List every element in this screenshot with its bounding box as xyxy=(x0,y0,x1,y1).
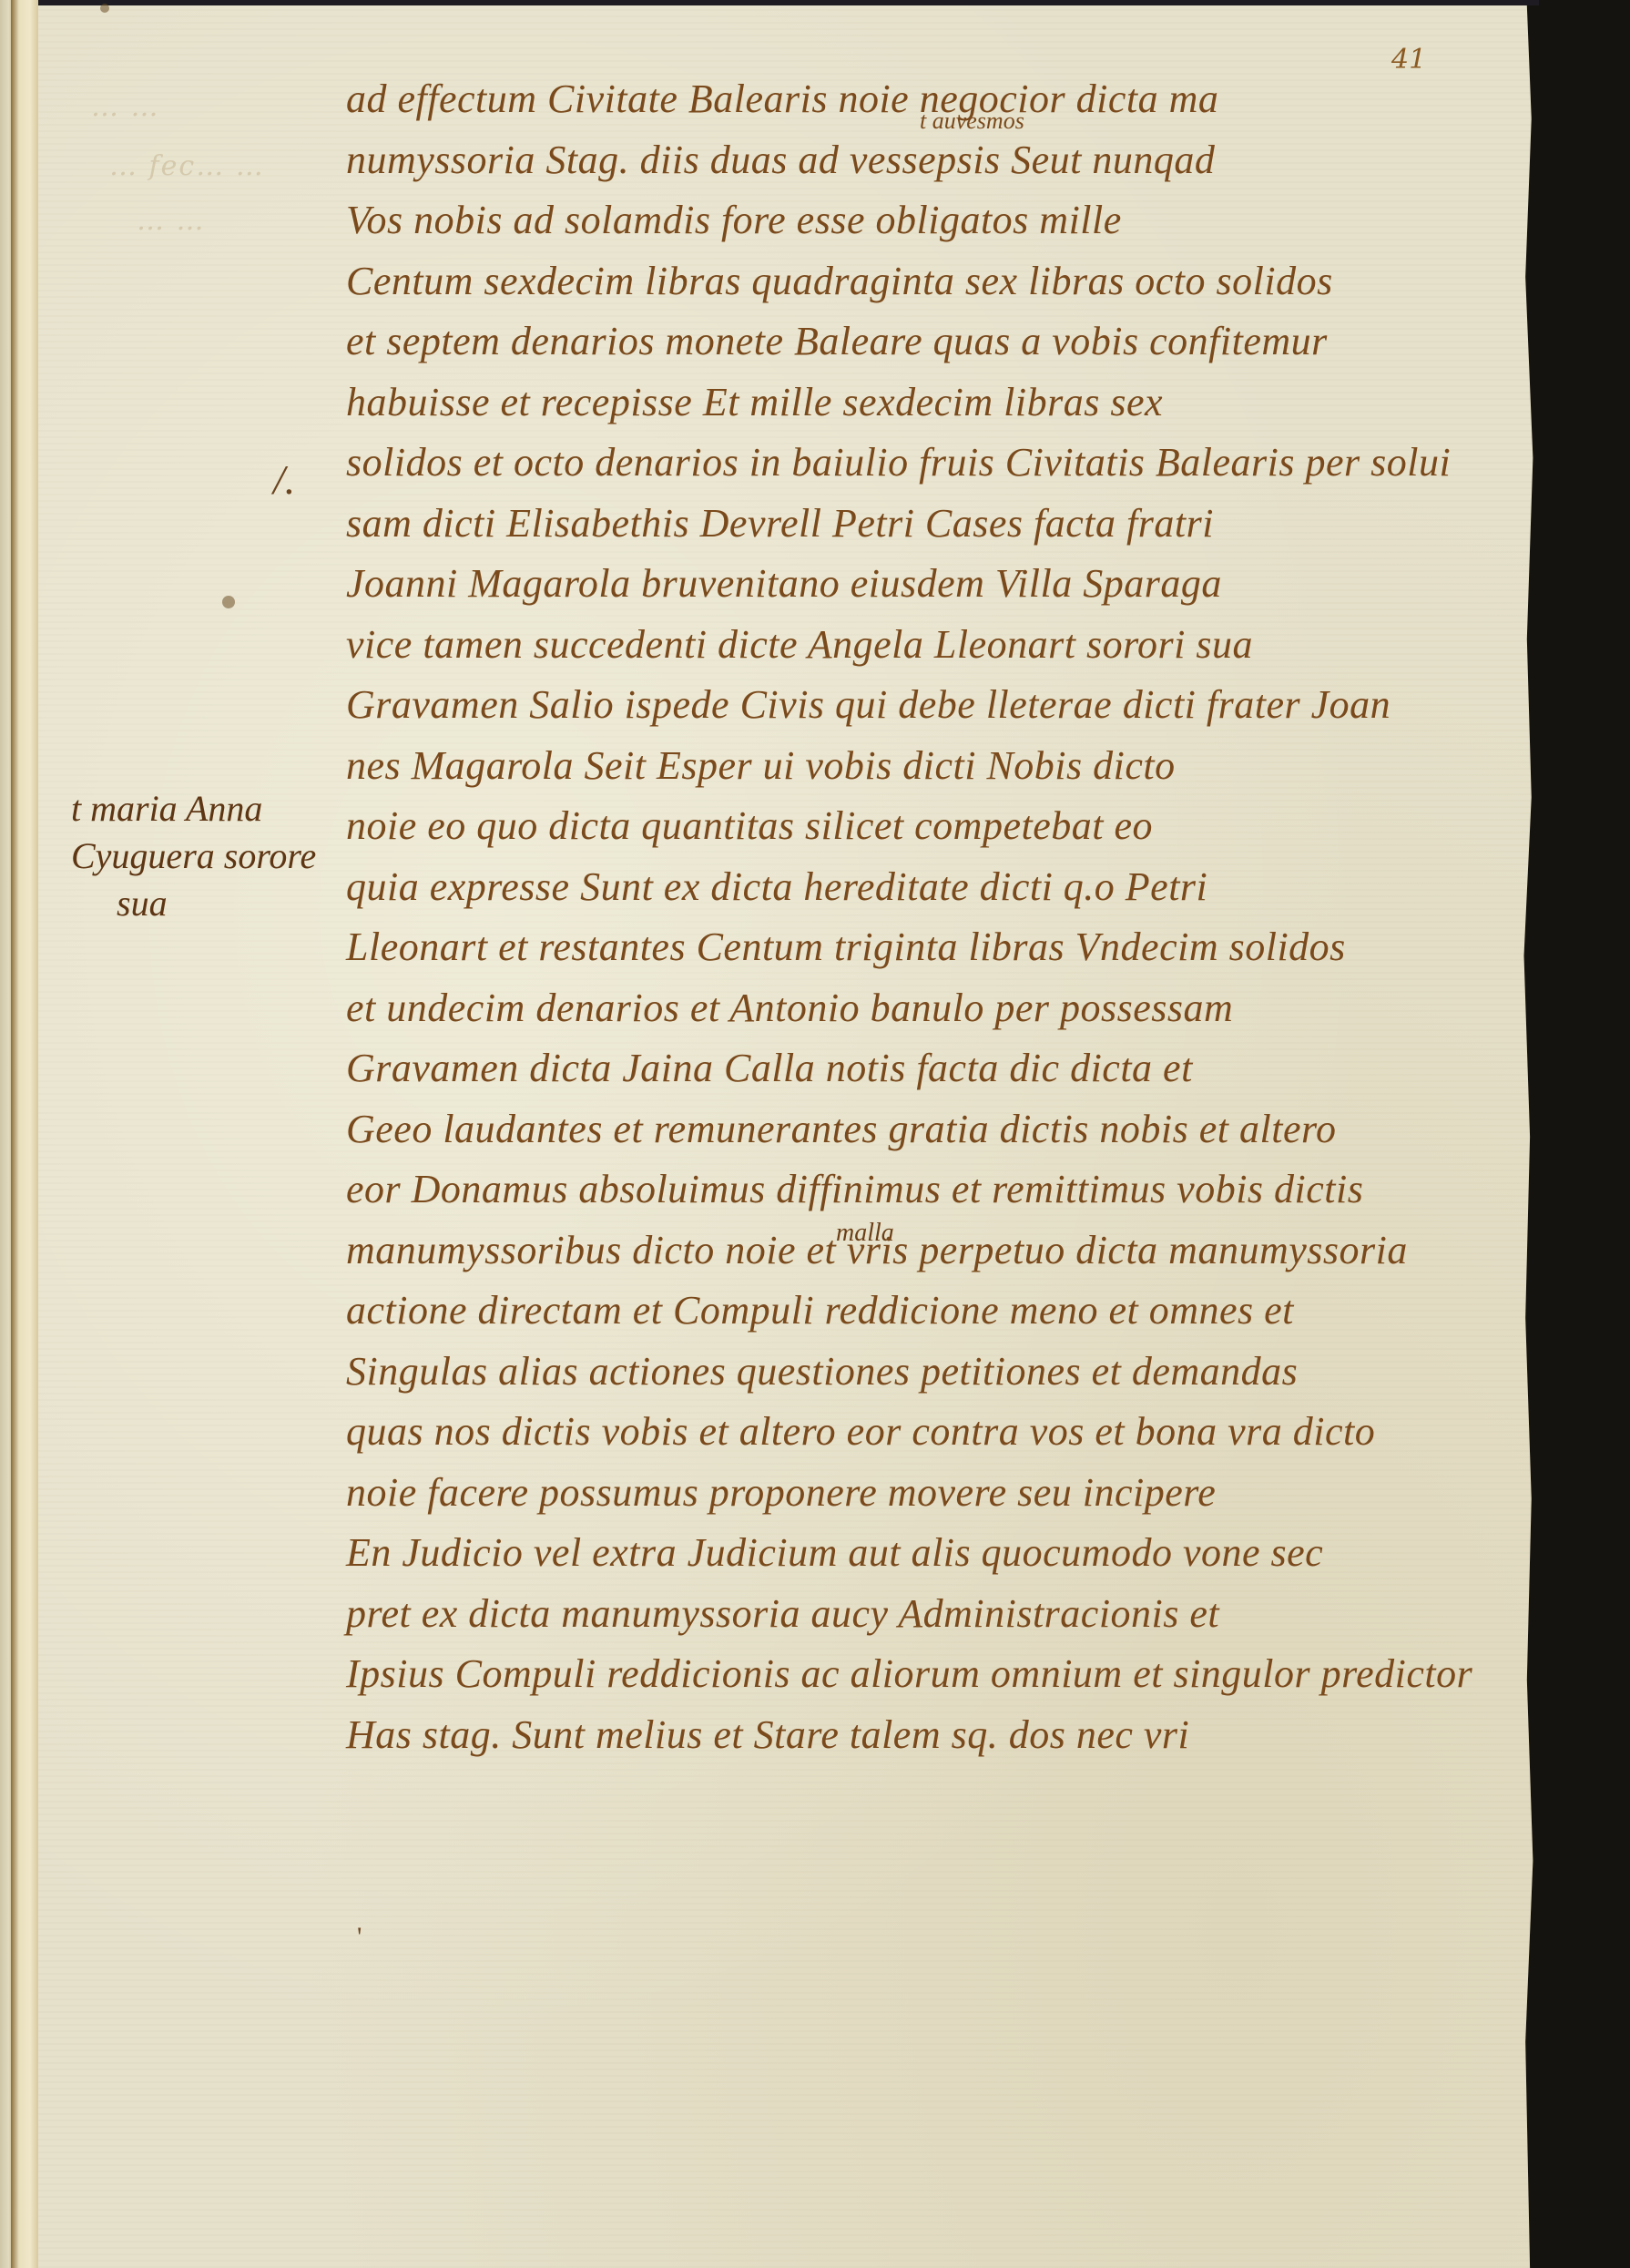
faded-text-line: … … xyxy=(137,205,206,237)
text-line: noie facere possumus proponere movere se… xyxy=(346,1463,1521,1524)
text-line: Singulas alias actiones questiones petit… xyxy=(346,1342,1521,1403)
binding-gutter xyxy=(11,0,38,2268)
text-line: Joanni Magarola bruvenitano eiusdem Vill… xyxy=(346,554,1521,615)
text-line: Vos nobis ad solamdis fore esse obligato… xyxy=(346,190,1521,251)
text-line: eor Donamus absoluimus diffinimus et rem… xyxy=(346,1160,1521,1221)
faded-text-line: … fec… … xyxy=(109,150,265,182)
text-line: et undecim denarios et Antonio banulo pe… xyxy=(346,978,1521,1039)
text-line: pret ex dicta manumyssoria aucy Administ… xyxy=(346,1584,1521,1645)
text-line: Gravamen dicta Jaina Calla notis facta d… xyxy=(346,1038,1521,1099)
text-line: Gravamen Salio ispede Civis qui debe lle… xyxy=(346,675,1521,736)
text-line: En Judicio vel extra Judicium aut alis q… xyxy=(346,1523,1521,1584)
text-line: quas nos dictis vobis et altero eor cont… xyxy=(346,1402,1521,1463)
text-line: ad effectum Civitate Balearis noie negoc… xyxy=(346,69,1521,130)
text-line: Lleonart et restantes Centum triginta li… xyxy=(346,917,1521,978)
text-line: Centum sexdecim libras quadraginta sex l… xyxy=(346,251,1521,312)
text-line: vice tamen succedenti dicte Angela Lleon… xyxy=(346,615,1521,676)
ink-spot xyxy=(100,4,109,13)
margin-note-line: t maria Anna xyxy=(71,785,372,833)
ink-spot xyxy=(222,596,235,608)
text-line: sam dicti Elisabethis Devrell Petri Case… xyxy=(346,494,1521,555)
manuscript-scan: … … … fec… … … … 41 /. ' t maria Anna Cy… xyxy=(0,0,1630,2268)
margin-tick-mark: ' xyxy=(357,1922,362,1953)
text-line: quia expresse Sunt ex dicta hereditate d… xyxy=(346,857,1521,918)
scan-top-edge xyxy=(0,0,1630,5)
margin-note-line: sua xyxy=(71,880,372,927)
faded-text-line: … … xyxy=(91,91,160,123)
text-line: solidos et octo denarios in baiulio frui… xyxy=(346,433,1521,494)
margin-paragraph-mark: /. xyxy=(273,455,295,504)
margin-note-line: Cyuguera sorore xyxy=(71,833,372,880)
main-text-block: ad effectum Civitate Balearis noie negoc… xyxy=(346,69,1521,1765)
text-line: Ipsius Compuli reddicionis ac aliorum om… xyxy=(346,1644,1521,1705)
text-line: numyssoria Stag. diis duas ad vessepsis … xyxy=(346,130,1521,191)
text-line: nes Magarola Seit Esper ui vobis dicti N… xyxy=(346,736,1521,797)
margin-note: t maria Anna Cyuguera sorore sua xyxy=(71,785,372,927)
text-line: Has stag. Sunt melius et Stare talem sq.… xyxy=(346,1705,1521,1766)
text-line: Geeo laudantes et remunerantes gratia di… xyxy=(346,1099,1521,1160)
text-line: manumyssoribus dicto noie et vris perpet… xyxy=(346,1221,1521,1282)
text-line: et septem denarios monete Baleare quas a… xyxy=(346,312,1521,373)
scan-background-edge xyxy=(1539,0,1630,2268)
text-line: habuisse et recepisse Et mille sexdecim … xyxy=(346,373,1521,434)
text-line: noie eo quo dicta quantitas silicet comp… xyxy=(346,796,1521,857)
text-line: actione directam et Compuli reddicione m… xyxy=(346,1281,1521,1342)
